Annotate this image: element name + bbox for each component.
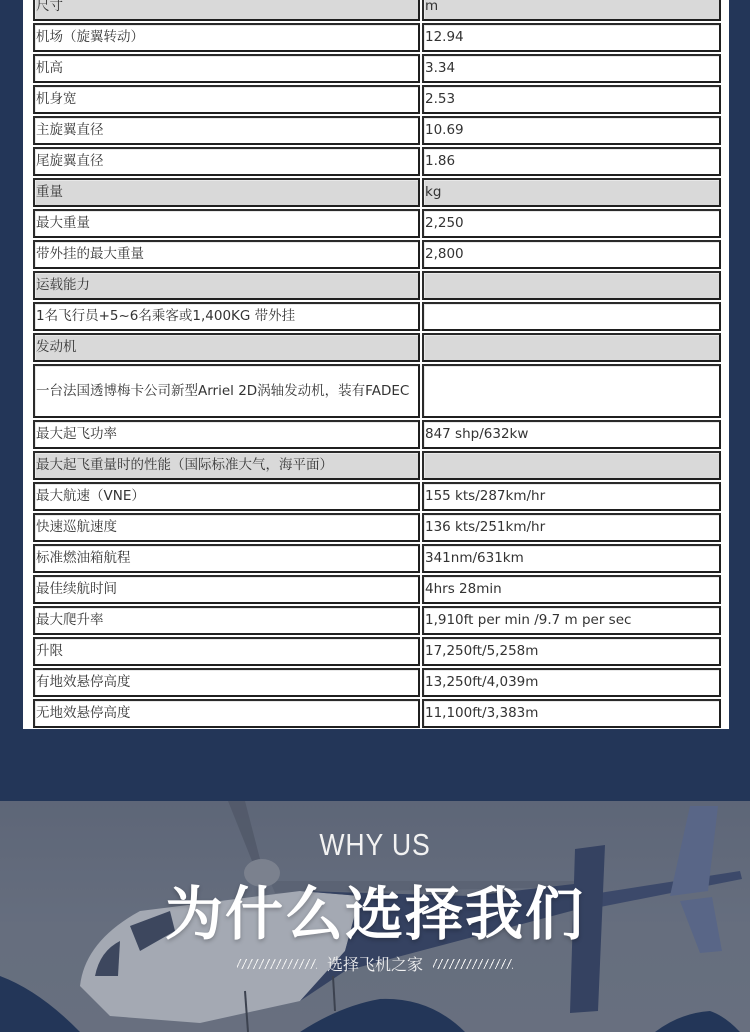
hatch-decoration-right-icon	[433, 959, 513, 969]
why-us-banner: WHY US 为什么选择我们 选择飞机之家	[0, 801, 750, 1032]
table-row: 无地效悬停高度11,100ft/3,383m	[33, 699, 721, 728]
table-row: 最大航速（VNE）155 kts/287km/hr	[33, 482, 721, 511]
spec-name: 标准燃油箱航程	[33, 544, 420, 573]
spec-value	[422, 302, 721, 331]
banner-subtitle: WHY US	[53, 827, 698, 863]
table-row: 快速巡航速度136 kts/251km/hr	[33, 513, 721, 542]
spec-value: 1,910ft per min /9.7 m per sec	[422, 606, 721, 635]
table-row: 运载能力	[33, 271, 721, 300]
spec-value: 1.86	[422, 147, 721, 176]
spec-value: 17,250ft/5,258m	[422, 637, 721, 666]
table-row: 标准燃油箱航程341nm/631km	[33, 544, 721, 573]
spec-name: 机高	[33, 54, 420, 83]
spec-value	[422, 271, 721, 300]
hatch-decoration-left-icon	[237, 959, 317, 969]
table-row: 最大起飞重量时的性能（国际标准大气，海平面）	[33, 451, 721, 480]
spec-value: 4hrs 28min	[422, 575, 721, 604]
spec-name: 重量	[33, 178, 420, 207]
table-row: 主旋翼直径10.69	[33, 116, 721, 145]
table-row: 最大重量2,250	[33, 209, 721, 238]
spec-value: 11,100ft/3,383m	[422, 699, 721, 728]
table-row: 发动机	[33, 333, 721, 362]
table-row: 机场（旋翼转动）12.94	[33, 23, 721, 52]
banner-tagline-row: 选择飞机之家	[0, 952, 750, 975]
spec-name: 最大航速（VNE）	[33, 482, 420, 511]
spec-value: 341nm/631km	[422, 544, 721, 573]
spec-value: 10.69	[422, 116, 721, 145]
spec-value: 2,800	[422, 240, 721, 269]
spec-name: 升限	[33, 637, 420, 666]
spec-value: 136 kts/251km/hr	[422, 513, 721, 542]
table-row: 重量kg	[33, 178, 721, 207]
spec-name: 主旋翼直径	[33, 116, 420, 145]
spec-value: 2.53	[422, 85, 721, 114]
table-row: 带外挂的最大重量2,800	[33, 240, 721, 269]
spec-value: 155 kts/287km/hr	[422, 482, 721, 511]
spec-name: 1名飞行员+5~6名乘客或1,400KG 带外挂	[33, 302, 420, 331]
table-row: 1名飞行员+5~6名乘客或1,400KG 带外挂	[33, 302, 721, 331]
spec-name: 尺寸	[33, 0, 420, 21]
spec-name: 无地效悬停高度	[33, 699, 420, 728]
spec-value: 3.34	[422, 54, 721, 83]
spec-value: m	[422, 0, 721, 21]
spec-name: 有地效悬停高度	[33, 668, 420, 697]
spec-name: 机场（旋翼转动）	[33, 23, 420, 52]
spec-name: 最佳续航时间	[33, 575, 420, 604]
table-row: 最大起飞功率847 shp/632kw	[33, 420, 721, 449]
spec-name: 快速巡航速度	[33, 513, 420, 542]
spec-name: 发动机	[33, 333, 420, 362]
spec-value	[422, 333, 721, 362]
table-row: 尾旋翼直径1.86	[33, 147, 721, 176]
spec-value: 12.94	[422, 23, 721, 52]
spec-name: 一台法国透博梅卡公司新型Arriel 2D涡轴发动机，装有FADEC	[33, 364, 420, 418]
spec-name: 最大重量	[33, 209, 420, 238]
table-row: 有地效悬停高度13,250ft/4,039m	[33, 668, 721, 697]
banner-tagline: 选择飞机之家	[327, 952, 423, 975]
spec-name: 最大爬升率	[33, 606, 420, 635]
table-row: 尺寸m	[33, 0, 721, 21]
spec-value	[422, 451, 721, 480]
table-row: 机身宽2.53	[33, 85, 721, 114]
spec-name: 带外挂的最大重量	[33, 240, 420, 269]
table-row: 最佳续航时间4hrs 28min	[33, 575, 721, 604]
table-row: 一台法国透博梅卡公司新型Arriel 2D涡轴发动机，装有FADEC	[33, 364, 721, 418]
spec-name: 运载能力	[33, 271, 420, 300]
spec-value: 847 shp/632kw	[422, 420, 721, 449]
spec-name: 最大起飞重量时的性能（国际标准大气，海平面）	[33, 451, 420, 480]
spec-table: 尺寸m 机场（旋翼转动）12.94 机高3.34 机身宽2.53 主旋翼直径10…	[31, 0, 723, 730]
spec-value: kg	[422, 178, 721, 207]
table-row: 机高3.34	[33, 54, 721, 83]
spec-value: 2,250	[422, 209, 721, 238]
spec-name: 机身宽	[33, 85, 420, 114]
spec-name: 最大起飞功率	[33, 420, 420, 449]
spec-panel: 尺寸m 机场（旋翼转动）12.94 机高3.34 机身宽2.53 主旋翼直径10…	[23, 0, 729, 729]
spec-value: 13,250ft/4,039m	[422, 668, 721, 697]
table-row: 升限17,250ft/5,258m	[33, 637, 721, 666]
spec-name: 尾旋翼直径	[33, 147, 420, 176]
spec-value	[422, 364, 721, 418]
banner-title: 为什么选择我们	[0, 867, 750, 951]
table-row: 最大爬升率1,910ft per min /9.7 m per sec	[33, 606, 721, 635]
